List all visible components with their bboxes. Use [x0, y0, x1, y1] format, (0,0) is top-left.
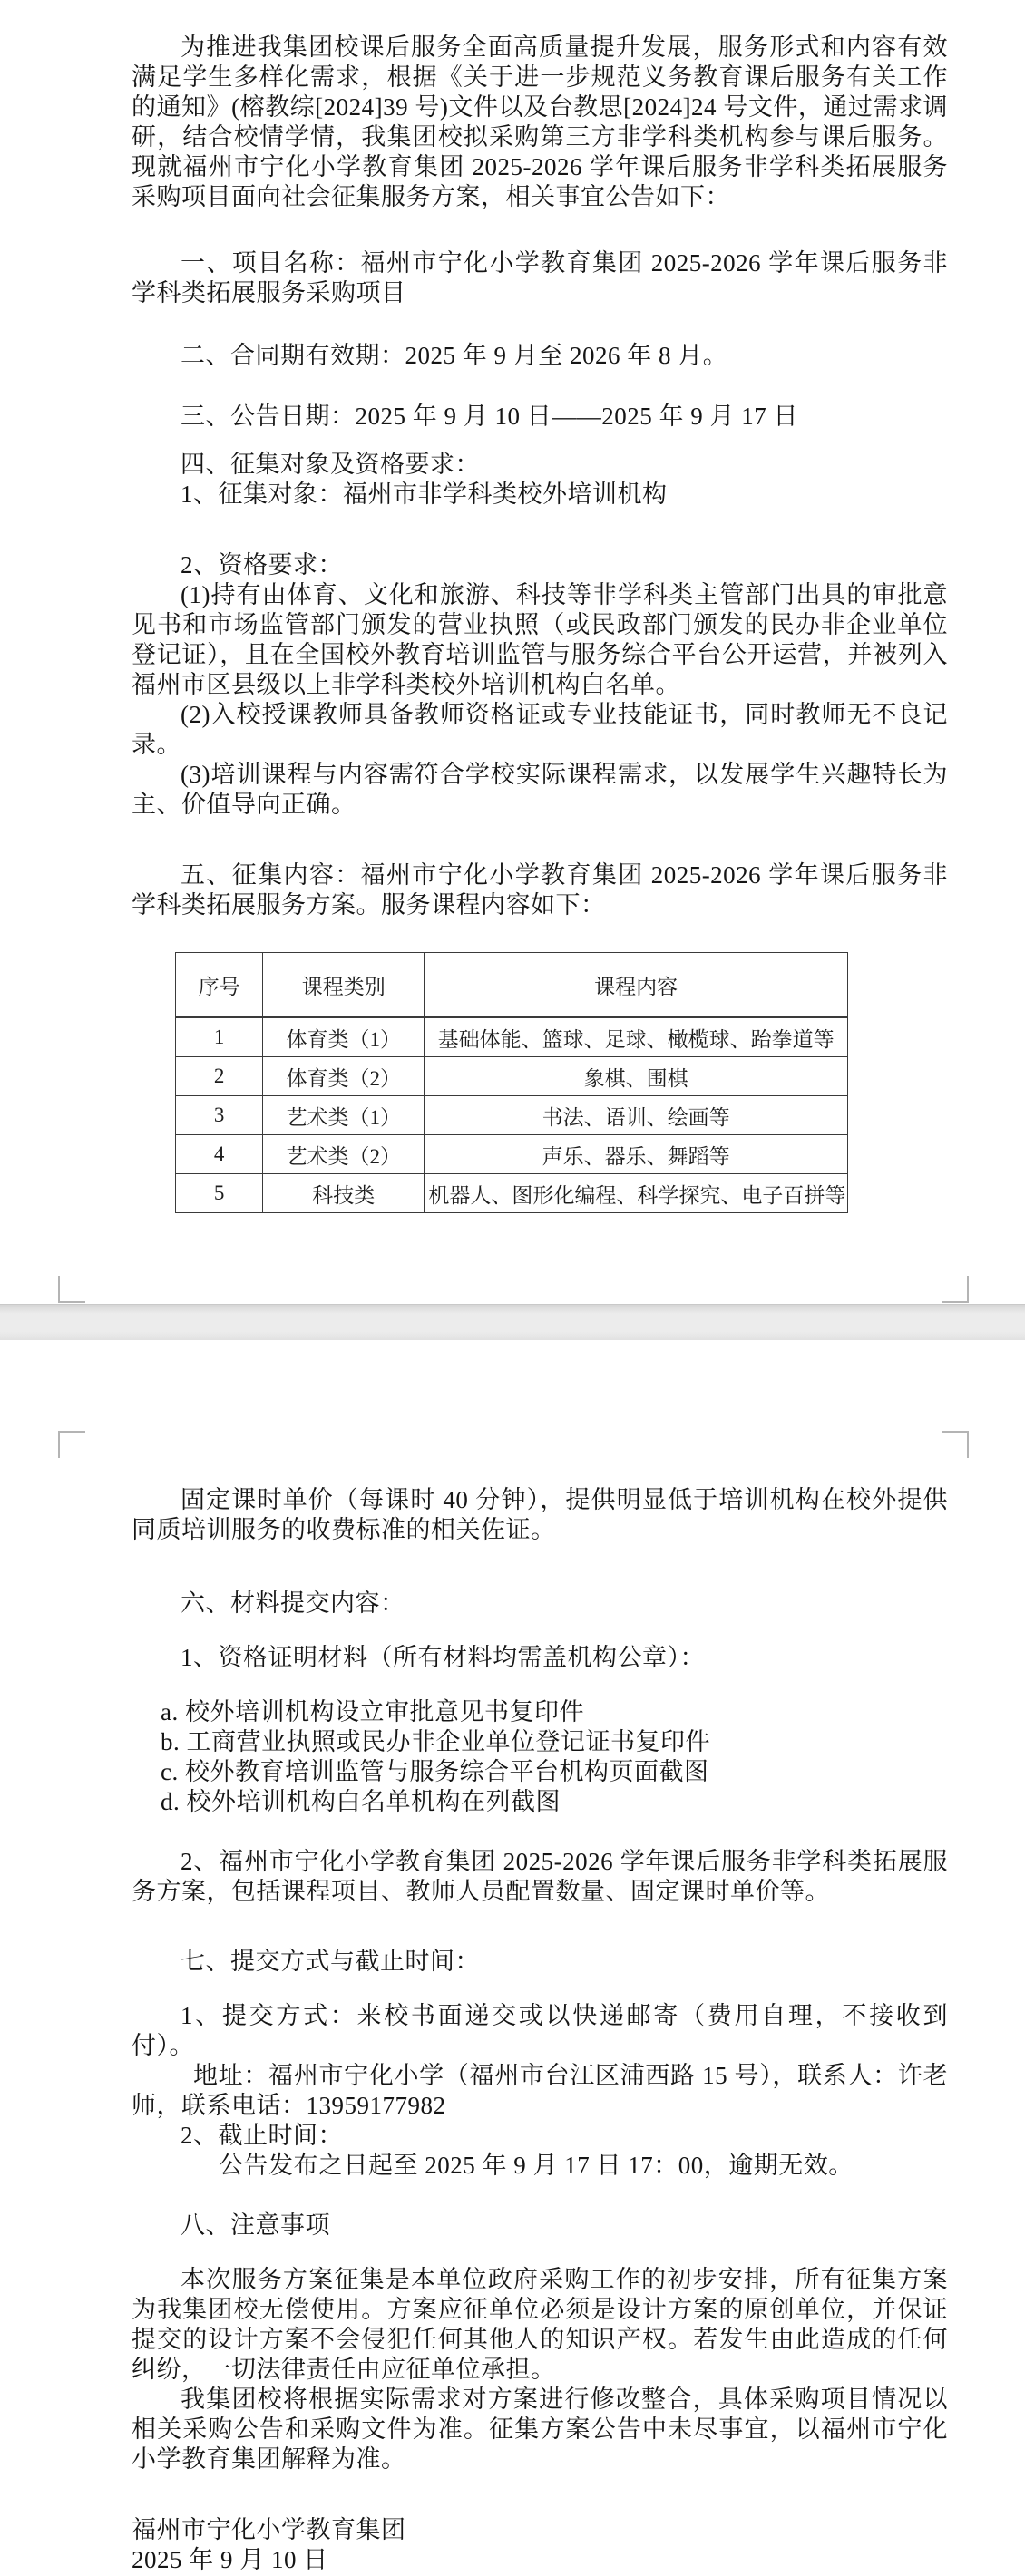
- header-index: 序号: [176, 953, 263, 1018]
- section-6-item-2: 2、福州市宁化小学教育集团 2025-2026 学年课后服务非学科类拓展服务方案…: [132, 1847, 948, 1907]
- header-content: 课程内容: [425, 953, 848, 1018]
- table-row: 1 体育类（1） 基础体能、篮球、足球、橄榄球、跆拳道等: [176, 1017, 848, 1057]
- section-7-deadline: 公告发布之日起至 2025 年 9 月 17 日 17：00，逾期无效。: [132, 2151, 948, 2181]
- section-6-item-1: 1、资格证明材料（所有材料均需盖机构公章）：: [132, 1643, 948, 1673]
- document-page-1: 为推进我集团校课后服务全面高质量提升发展，服务形式和内容有效满足学生多样化需求，…: [0, 0, 1025, 1304]
- table-row: 2 体育类（2） 象棋、围棋: [176, 1057, 848, 1096]
- course-table-header-row: 序号 课程类别 课程内容: [176, 953, 848, 1018]
- text-boundary-mark-top-left: [58, 1431, 85, 1458]
- header-category: 课程类别: [263, 953, 425, 1018]
- cell-index: 3: [176, 1096, 263, 1135]
- section-4-title: 四、征集对象及资格要求：: [132, 450, 948, 480]
- section-4-requirement-1: (1)持有由体育、文化和旅游、科技等非学科类主管部门出具的审批意见书和市场监管部…: [132, 580, 948, 700]
- cell-index: 2: [176, 1057, 263, 1096]
- section-8-title: 八、注意事项: [132, 2211, 948, 2241]
- cell-content: 象棋、围棋: [425, 1057, 848, 1096]
- section-6-title: 六、材料提交内容：: [132, 1589, 948, 1619]
- section-8-note-2: 我集团校将根据实际需求对方案进行修改整合，具体采购项目情况以相关采购公告和采购文…: [132, 2385, 948, 2474]
- page-2-text-column: 固定课时单价（每课时 40 分钟），提供明显低于培训机构在校外提供同质培训服务的…: [132, 1485, 948, 2575]
- section-7-title: 七、提交方式与截止时间：: [132, 1947, 948, 1977]
- cell-index: 1: [176, 1017, 263, 1057]
- table-row: 5 科技类 机器人、图形化编程、科学探究、电子百拼等: [176, 1174, 848, 1213]
- section-4-item-2: 2、资格要求：: [132, 550, 948, 580]
- cell-content: 声乐、器乐、舞蹈等: [425, 1135, 848, 1174]
- intro-paragraph: 为推进我集团校课后服务全面高质量提升发展，服务形式和内容有效满足学生多样化需求，…: [132, 33, 948, 212]
- cell-index: 4: [176, 1135, 263, 1174]
- section-7-deadline-label: 2、截止时间：: [132, 2121, 948, 2151]
- cell-content: 书法、语训、绘画等: [425, 1096, 848, 1135]
- page-gap-separator: [0, 1304, 1025, 1340]
- document-page-2: 固定课时单价（每课时 40 分钟），提供明显低于培训机构在校外提供同质培训服务的…: [0, 1340, 1025, 2576]
- cell-category: 艺术类（1）: [263, 1096, 425, 1135]
- signature-organization: 福州市宁化小学教育集团: [132, 2515, 948, 2545]
- cell-category: 体育类（1）: [263, 1017, 425, 1057]
- material-item-a: a. 校外培训机构设立审批意见书复印件: [132, 1697, 948, 1727]
- section-2-contract-period: 二、合同期有效期：2025 年 9 月至 2026 年 8 月。: [132, 341, 948, 371]
- table-row: 4 艺术类（2） 声乐、器乐、舞蹈等: [176, 1135, 848, 1174]
- cell-category: 科技类: [263, 1174, 425, 1213]
- cell-content: 机器人、图形化编程、科学探究、电子百拼等: [425, 1174, 848, 1213]
- section-4-requirement-2: (2)入校授课教师具备教师资格证或专业技能证书，同时教师无不良记录。: [132, 700, 948, 760]
- cell-index: 5: [176, 1174, 263, 1213]
- table-row: 3 艺术类（1） 书法、语训、绘画等: [176, 1096, 848, 1135]
- pricing-note-paragraph: 固定课时单价（每课时 40 分钟），提供明显低于培训机构在校外提供同质培训服务的…: [132, 1485, 948, 1545]
- page-1-text-column: 为推进我集团校课后服务全面高质量提升发展，服务形式和内容有效满足学生多样化需求，…: [132, 33, 948, 1213]
- cell-category: 艺术类（2）: [263, 1135, 425, 1174]
- section-4-item-1: 1、征集对象：福州市非学科类校外培训机构: [132, 480, 948, 510]
- section-3-announcement-dates: 三、公告日期：2025 年 9 月 10 日——2025 年 9 月 17 日: [132, 402, 948, 432]
- material-item-d: d. 校外培训机构白名单机构在列截图: [132, 1787, 948, 1817]
- section-4-requirement-3: (3)培训课程与内容需符合学校实际课程需求，以发展学生兴趣特长为主、价值导向正确…: [132, 760, 948, 820]
- material-item-c: c. 校外教育培训监管与服务综合平台机构页面截图: [132, 1757, 948, 1787]
- section-7-address: 地址：福州市宁化小学（福州市台江区浦西路 15 号），联系人：许老师，联系电话：…: [132, 2061, 948, 2121]
- signature-date: 2025 年 9 月 10 日: [132, 2545, 948, 2575]
- section-5-collection-content: 五、征集内容：福州市宁化小学教育集团 2025-2026 学年课后服务非学科类拓…: [132, 860, 948, 920]
- signature-block: 福州市宁化小学教育集团 2025 年 9 月 10 日: [132, 2515, 948, 2575]
- text-boundary-mark-bottom-right: [942, 1276, 969, 1303]
- cell-category: 体育类（2）: [263, 1057, 425, 1096]
- cell-content: 基础体能、篮球、足球、橄榄球、跆拳道等: [425, 1017, 848, 1057]
- text-boundary-mark-top-right: [942, 1431, 969, 1458]
- section-8-note-1: 本次服务方案征集是本单位政府采购工作的初步安排，所有征集方案为我集团校无偿使用。…: [132, 2265, 948, 2385]
- section-7-method: 1、提交方式：来校书面递交或以快递邮寄（费用自理，不接收到付）。: [132, 2001, 948, 2061]
- material-item-b: b. 工商营业执照或民办非企业单位登记证书复印件: [132, 1727, 948, 1757]
- section-1-project-name: 一、项目名称：福州市宁化小学教育集团 2025-2026 学年课后服务非学科类拓…: [132, 248, 948, 308]
- course-table: 序号 课程类别 课程内容 1 体育类（1） 基础体能、篮球、足球、橄榄球、跆拳道…: [175, 952, 848, 1213]
- text-boundary-mark-bottom-left: [58, 1276, 85, 1303]
